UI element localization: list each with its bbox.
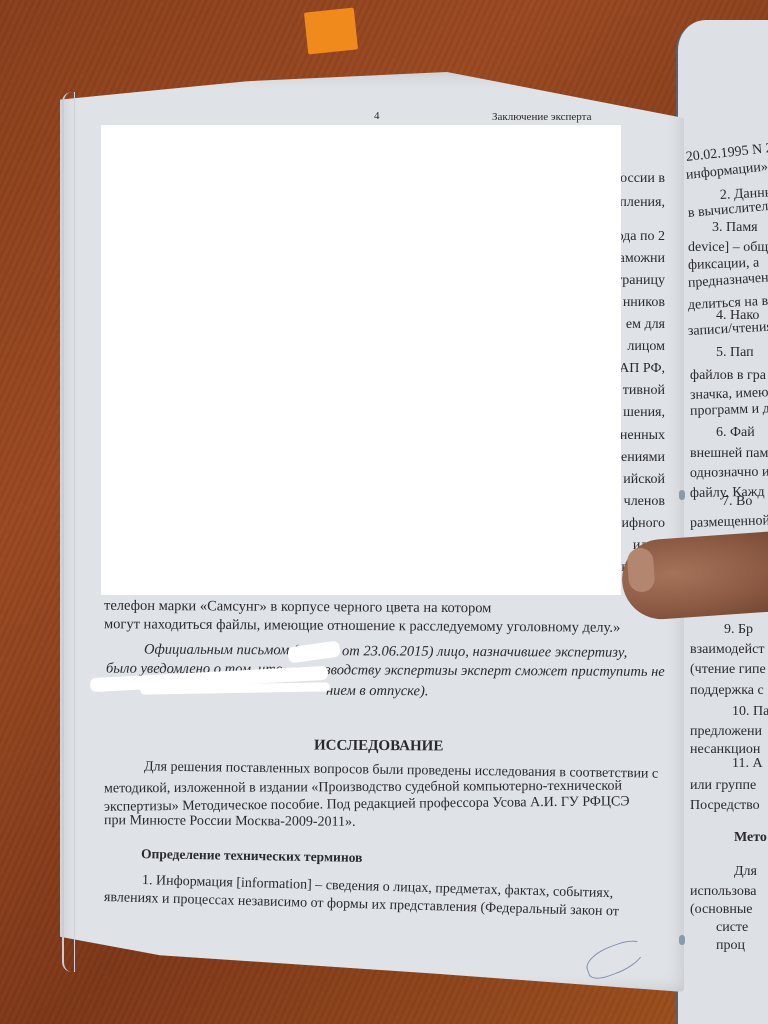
document-header-title: Заключение эксперта	[492, 111, 591, 123]
margin-fragment: ода по 2	[617, 228, 665, 246]
margin-fragment: ийской	[623, 471, 665, 489]
right-page-line: однозначно и	[690, 465, 768, 482]
binding-staple	[679, 490, 685, 500]
right-page-line: предложени	[690, 724, 762, 740]
fingernail	[626, 547, 655, 593]
right-page-line: 6. Фай	[716, 425, 755, 441]
right-page-line: 11. А	[732, 756, 763, 772]
margin-fragment: ем для	[626, 316, 665, 334]
margin-fragment: членов	[624, 493, 665, 511]
right-page-line: device] – обще	[688, 240, 768, 256]
right-page-line: или группе	[690, 778, 756, 794]
right-page-line: 10. Па	[732, 704, 768, 720]
research-line-4: при Минюсте России Москва-2009-2011».	[104, 812, 356, 832]
quote-line-1: телефон марки «Самсунг» в корпусе черног…	[104, 597, 492, 618]
right-page-line: размещенной	[690, 513, 768, 532]
right-page-line: (чтение гипе	[690, 662, 766, 678]
right-page-line: поддержка с	[690, 683, 764, 699]
margin-fragment: границу	[617, 272, 665, 290]
margin-fragment: ненных	[620, 427, 665, 445]
margin-fragment: АП РФ,	[619, 360, 665, 378]
page-stack-edge	[62, 92, 75, 972]
right-page-line: 5. Пап	[716, 345, 754, 361]
right-page-line: Посредство	[690, 798, 760, 814]
right-page-line: Для	[734, 864, 757, 880]
letter-line3-end: нием в отпуске).	[326, 682, 429, 701]
right-page-line: систе	[716, 920, 748, 936]
margin-fragment: лицом	[627, 338, 665, 356]
right-page-line: Мето	[734, 830, 767, 846]
margin-fragment: тивной	[623, 382, 665, 400]
right-page-line: 7. Во	[722, 494, 752, 510]
right-page-line: (основные	[690, 902, 752, 918]
redaction-block	[101, 125, 621, 595]
letter-line2-end: производству экспертизы эксперт сможет п…	[296, 661, 665, 681]
orange-bookmark-tab	[304, 8, 358, 55]
right-page-line: 3. Памя	[712, 220, 758, 236]
right-page-line: 9. Бр	[724, 622, 753, 638]
right-page-line: файлов в гра	[690, 368, 766, 384]
section-title: ИССЛЕДОВАНИЕ	[314, 737, 443, 756]
margin-fragment: ениями	[621, 449, 665, 467]
right-page-line: использова	[690, 884, 756, 900]
subsection-title: Определение технических терминов	[141, 845, 363, 867]
margin-fragment: ифного	[622, 515, 665, 533]
right-page-line: внешней пам	[690, 446, 768, 462]
letter-line1-start: Официальным письмом (	[144, 641, 298, 660]
page-number: 4	[374, 110, 380, 122]
right-page-line: программ и до	[690, 401, 768, 420]
right-page-line: проц	[716, 938, 745, 954]
quote-line-2: могут находиться файлы, имеющие отношени…	[104, 615, 620, 637]
right-page-line: взаимодейст	[690, 642, 764, 658]
margin-fragment: аможни	[619, 250, 665, 268]
binding-staple	[679, 935, 685, 945]
margin-fragment: оссии в	[620, 170, 665, 188]
margin-fragment: пления,	[619, 194, 665, 212]
margin-fragment: шения,	[623, 404, 665, 422]
letter-line1-end: от 23.06.2015) лицо, назначившее эксперт…	[342, 642, 627, 661]
margin-fragment: нников	[623, 294, 665, 312]
